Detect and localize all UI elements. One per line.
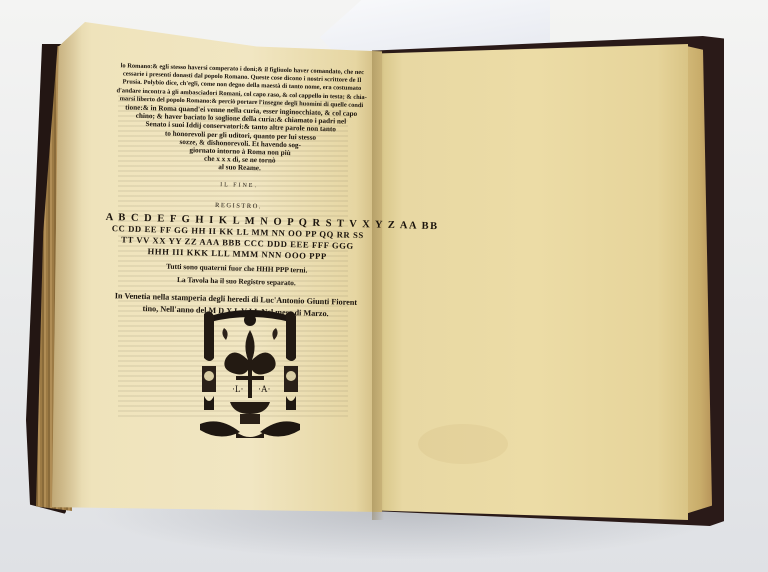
tavola-note: La Tavola ha il suo Registro separato.	[104, 273, 369, 289]
printers-device-fleur-de-lis-icon: ·L· ·A·	[196, 306, 304, 444]
book-gutter	[372, 50, 384, 520]
registro-heading: REGISTRO.	[106, 199, 371, 213]
svg-text:·A·: ·A·	[258, 384, 271, 394]
paper-stain	[418, 424, 508, 464]
photo-scene: lo Romano:& egli stesso haversi comperat…	[0, 0, 768, 572]
right-page-blank	[378, 44, 688, 520]
il-fine-heading: IL FINE.	[107, 179, 372, 192]
svg-text:·L·: ·L·	[232, 384, 244, 394]
colophon-text: lo Romano:& egli stesso haversi comperat…	[103, 62, 375, 321]
